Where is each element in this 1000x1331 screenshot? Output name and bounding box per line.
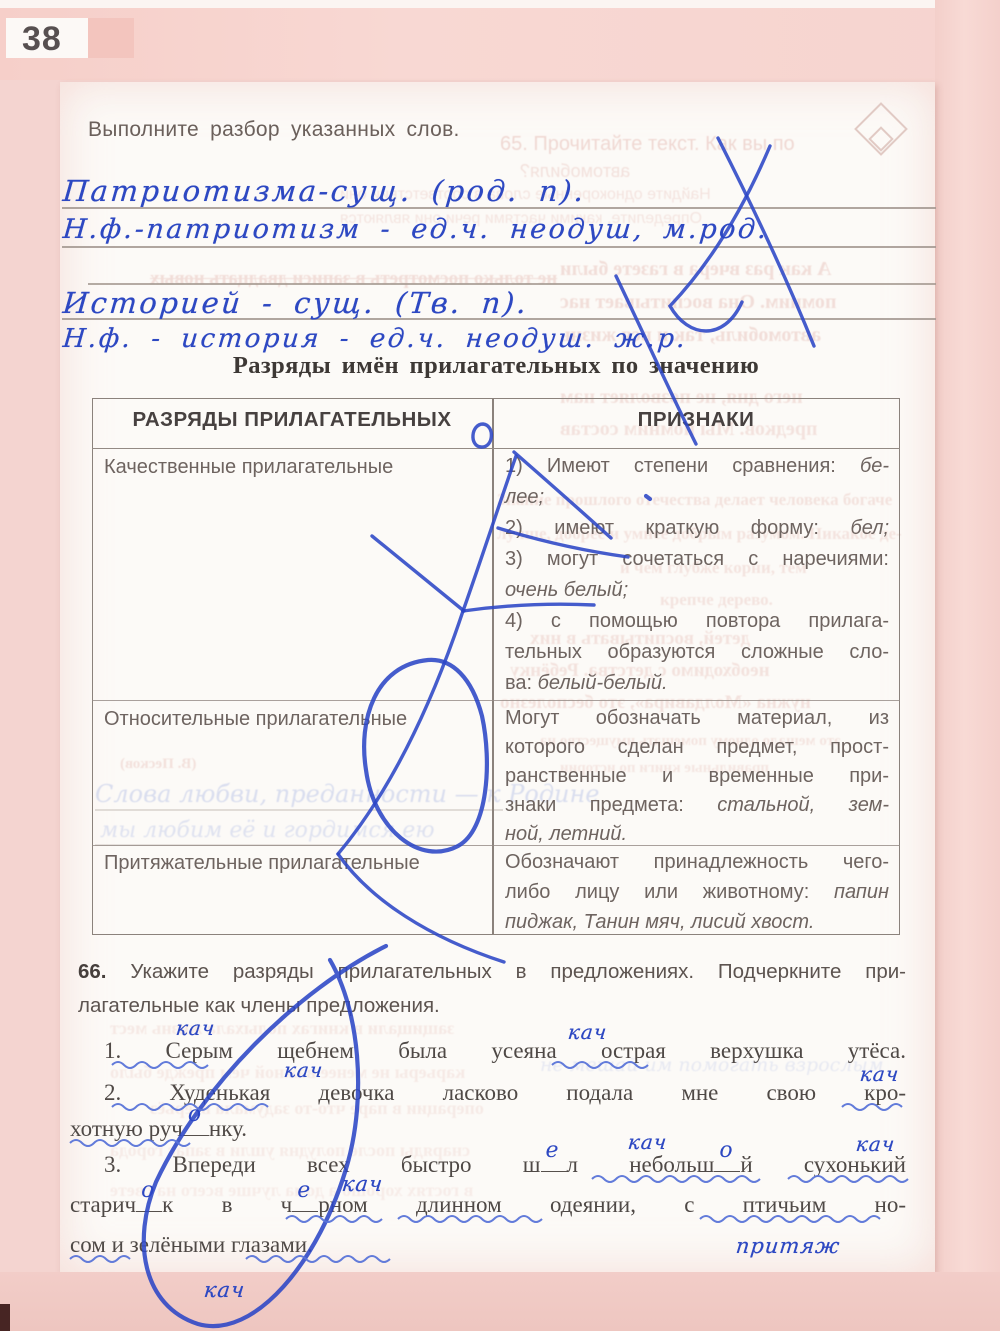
photo-corner-shadow (0, 1304, 10, 1331)
table-category: Относительные прилагательные (104, 708, 480, 731)
table-feature-line: ной, летний. (505, 824, 889, 844)
ruled-line (88, 283, 936, 285)
table-feature-line: лее; (505, 487, 889, 507)
handwritten-annotation: кач (203, 1278, 247, 1302)
handwritten-annotation: кач (855, 1132, 897, 1156)
handwritten-annotation: кач (567, 1020, 609, 1044)
photo-edge-strip (0, 0, 1000, 8)
pink-corner-square (88, 18, 134, 58)
table-feature-line: Могут обозначать материал, из (505, 708, 889, 728)
sentence-line: хотную ручонку. (70, 1116, 906, 1142)
handwriting-line-2: Н.ф.-патриотизм - ед.ч. неодуш, м.род. (62, 214, 770, 245)
sentence-line: 1. Серым щебнем была усеяна острая верху… (70, 1038, 906, 1064)
handwriting-line-3: Историей - сущ. (Тв. п). (62, 286, 531, 320)
handwriting-line-1: Патриотизма-сущ. (род. п). (62, 174, 588, 208)
ruled-line (62, 246, 936, 248)
table-feature-line: пиджак, Танин мяч, лисий хвост. (505, 912, 889, 932)
instruction-text: Выполните разбор указанных слов. (88, 118, 460, 142)
table-row-divider-1 (92, 700, 900, 701)
handwritten-annotation: кач (859, 1062, 901, 1086)
table-feature-line: которого сделан предмет, прост- (505, 737, 889, 757)
page-number: 38 (22, 20, 62, 59)
table-feature-line: Обозначают принадлежность чего- (505, 852, 889, 872)
section-heading: Разряды имён прилагательных по значению (92, 352, 900, 380)
sentence-line: старичок в черном длинном одеянии, с пти… (70, 1192, 906, 1218)
table-feature-line: 1) Имеют степени сравнения: бе- (505, 456, 889, 476)
exercise-66-line: лагательные как члены предложения. (78, 994, 906, 1018)
table-column-divider (492, 398, 494, 935)
pink-bottom-margin (0, 1272, 1000, 1331)
table-header-features: ПРИЗНАКИ (492, 408, 900, 444)
handwritten-annotation: притяж (735, 1234, 842, 1258)
table-feature-line: знаки предмета: стальной, зем- (505, 795, 889, 815)
pink-header-band (0, 8, 1000, 80)
table-feature-line: очень белый; (505, 580, 889, 600)
table-feature-line: либо лицу или животному: папин (505, 882, 889, 902)
exercise-66-line: 66. Укажите разряды прилагательных в пре… (78, 960, 906, 984)
handwritten-annotation: кач (283, 1058, 325, 1082)
table-feature-line: ва: белый-белый. (505, 673, 889, 693)
handwritten-annotation: кач (175, 1016, 217, 1040)
handwritten-annotation: кач (627, 1130, 669, 1154)
table-feature-line: тельных образуются сложные сло- (505, 642, 889, 662)
handwritten-annotation: кач (341, 1172, 385, 1196)
workbook-page-scan: 38 65. Прочитайте текст. Как вы поавтомо… (0, 0, 1000, 1331)
table-header-divider (92, 448, 900, 449)
table-feature-line: 4) с помощью повтора прилага- (505, 611, 889, 631)
pink-right-margin (935, 0, 1000, 1331)
handwriting-line-4: Н.ф. - история - ед.ч. неодуш. ж.р. (62, 324, 689, 354)
table-category: Притяжательные прилагательные (104, 852, 480, 875)
table-feature-line: 2) имеют краткую форму: бел; (505, 518, 889, 538)
table-header-categories: РАЗРЯДЫ ПРИЛАГАТЕЛЬНЫХ (92, 408, 492, 444)
table-category: Качественные прилагательные (104, 456, 480, 479)
table-feature-line: ранственные и временные при- (505, 766, 889, 786)
table-row-divider-2 (92, 845, 900, 846)
table-feature-line: 3) могут сочетаться с наречиями: (505, 549, 889, 569)
sentence-line: 3. Впереди всех быстро шел небольшой сух… (70, 1152, 906, 1178)
